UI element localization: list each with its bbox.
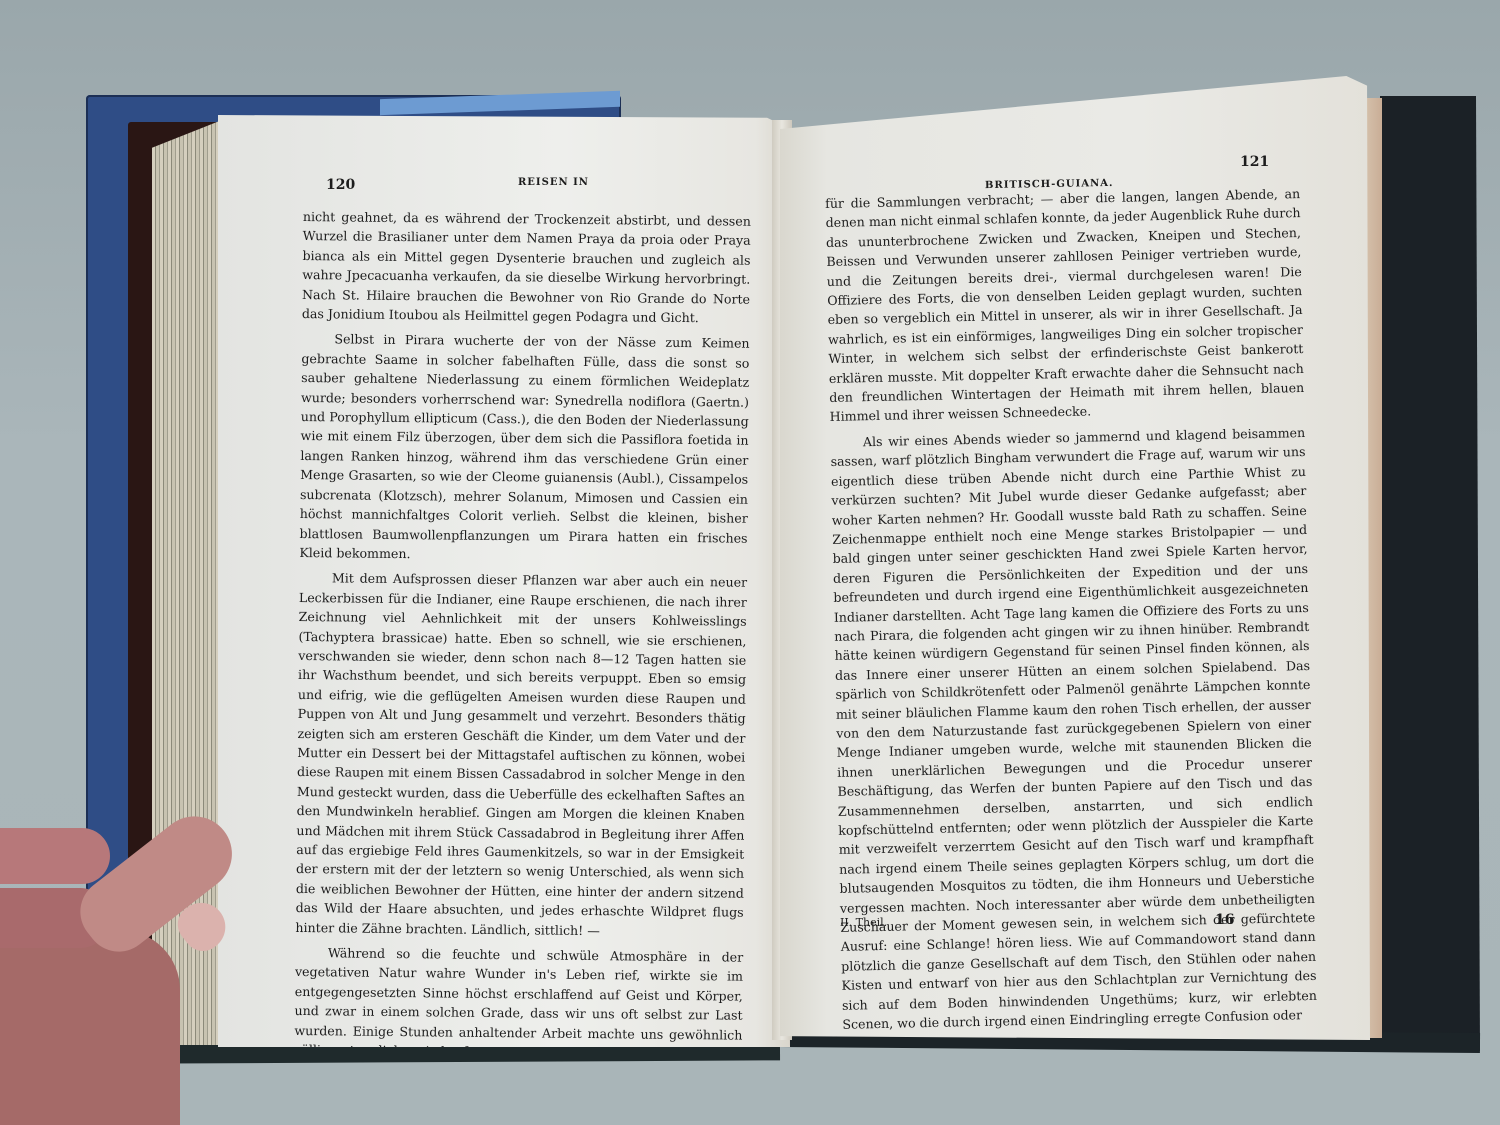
paragraph: Selbst in Pirara wucherte der von der Nä… — [299, 329, 749, 567]
right-page: 121 BRITISCH-GUIANA. für die Sammlungen … — [780, 76, 1370, 1040]
paragraph: für die Sammlungen verbracht; — aber die… — [825, 184, 1305, 427]
left-page-text: nicht geahnet, da es während der Trocken… — [294, 207, 751, 1103]
book-cover-right — [1380, 96, 1480, 1051]
paragraph: nicht geahnet, da es während der Trocken… — [302, 207, 751, 328]
left-page: 120 REISEN IN nicht geahnet, da es währe… — [218, 115, 790, 1047]
hand-palm — [0, 930, 180, 1125]
paragraph: Während so die feuchte und schwüle Atmos… — [294, 943, 744, 1103]
signature-number: 16 — [1215, 912, 1234, 928]
running-head-left: REISEN IN — [518, 177, 589, 188]
paragraph: Als wir eines Abends wieder so jammernd … — [830, 423, 1317, 1034]
page-number-right: 121 — [1240, 154, 1269, 170]
photo-scene: 120 REISEN IN nicht geahnet, da es währe… — [0, 0, 1500, 1125]
right-page-text: für die Sammlungen verbracht; — aber die… — [825, 184, 1317, 1034]
paragraph: Mit dem Aufsprossen dieser Pflanzen war … — [295, 568, 747, 941]
page-number-left: 120 — [326, 177, 355, 193]
finger — [0, 828, 110, 884]
signature-mark: II. Theil. — [840, 916, 887, 929]
